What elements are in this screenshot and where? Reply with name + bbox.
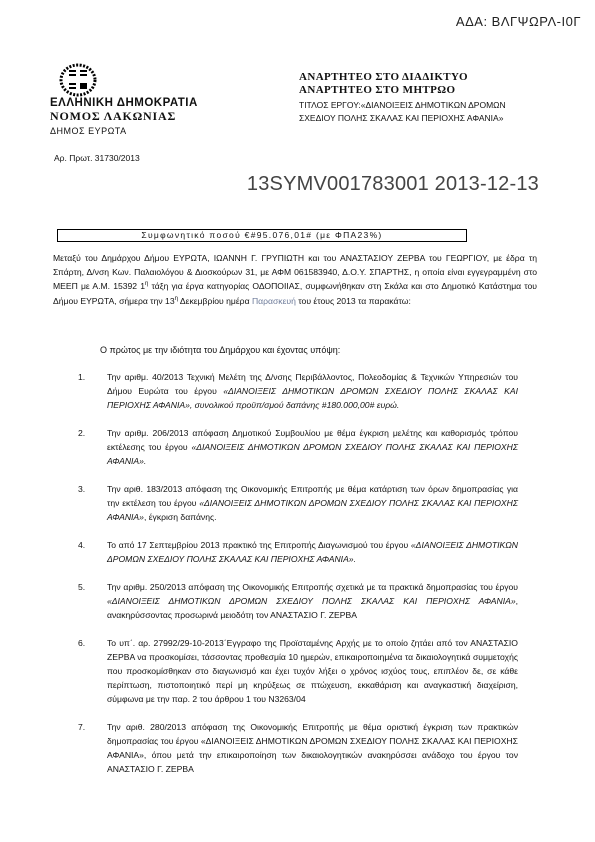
item-number: 2. [78,426,85,440]
intro-paragraph: Μεταξύ του Δημάρχου Δήμου ΕΥΡΩΤΑ, ΙΩΑΝΝΗ… [53,251,537,308]
item-text: Την αριθ. 280/2013 απόφαση της Οικονομικ… [107,722,518,774]
item-number: 7. [78,720,85,734]
list-item: 1.Την αριθμ. 40/2013 Τεχνική Μελέτη της … [78,370,518,412]
item-text: Το υπ΄. αρ. 27992/29-10-2013΄Εγγραφο της… [107,638,518,704]
lead-sentence: Ο πρώτος με την ιδιότητα του Δημάρχου κα… [100,345,340,355]
intro-text: του έτους 2013 τα παρακάτω: [296,296,411,306]
publish-registry-note: ΑΝΑΡΤΗΤΕΟ ΣΤΟ ΜΗΤΡΩΟ [299,84,529,97]
issuer-prefecture: ΝΟΜΟΣ ΛΑΚΩΝΙΑΣ [50,109,198,124]
list-item: 7.Την αριθ. 280/2013 απόφαση της Οικονομ… [78,720,518,776]
item-number: 3. [78,482,85,496]
list-item: 4.Το από 17 Σεπτεμβρίου 2013 πρακτικό τη… [78,538,518,566]
weekday-field: Παρασκευή [252,296,296,306]
considerations-list: 1.Την αριθμ. 40/2013 Τεχνική Μελέτη της … [78,370,518,790]
item-number: 1. [78,370,85,384]
list-item: 2.Την αριθμ. 206/2013 απόφαση Δημοτικού … [78,426,518,468]
item-text: , έγκριση δαπάνης. [144,512,217,522]
list-item: 3.Την αριθ. 183/2013 απόφαση της Οικονομ… [78,482,518,524]
issuer-municipality: ΔΗΜΟΣ ΕΥΡΩΤΑ [50,126,198,136]
list-item: 6.Το υπ΄. αρ. 27992/29-10-2013΄Εγγραφο τ… [78,636,518,706]
publish-internet-note: ΑΝΑΡΤΗΤΕΟ ΣΤΟ ΔΙΑΔΙΚΤΥΟ [299,71,529,84]
greek-emblem-icon [58,63,98,97]
list-item: 5.Την αριθμ. 250/2013 απόφαση της Οικονο… [78,580,518,622]
issuer-country: ΕΛΛΗΝΙΚΗ ΔΗΜΟΚΡΑΤΙΑ [50,97,198,109]
item-number: 5. [78,580,85,594]
item-number: 6. [78,636,85,650]
publication-block: ΑΝΑΡΤΗΤΕΟ ΣΤΟ ΔΙΑΔΙΚΤΥΟ ΑΝΑΡΤΗΤΕΟ ΣΤΟ ΜΗ… [299,71,529,125]
issuer-block: ΕΛΛΗΝΙΚΗ ΔΗΜΟΚΡΑΤΙΑ ΝΟΜΟΣ ΛΑΚΩΝΙΑΣ ΔΗΜΟΣ… [50,97,198,136]
contract-amount-box: Συμφωνητικό ποσού €#95.076,01# (με ΦΠΑ23… [57,229,467,242]
item-italic-text: «ΔΙΑΝΟΙΞΕΙΣ ΔΗΜΟΤΙΚΩΝ ΔΡΟΜΩΝ ΣΧΕΔΙΟΥ ΠΟΛ… [107,596,516,606]
project-title: ΤΙΤΛΟΣ ΕΡΓΟΥ:«ΔΙΑΝΟΙΞΕΙΣ ΔΗΜΟΤΙΚΩΝ ΔΡΟΜΩ… [299,99,529,125]
protocol-number: Αρ. Πρωτ. 31730/2013 [54,153,140,163]
item-text: Την αριθμ. 250/2013 απόφαση της Οικονομι… [107,582,518,592]
item-number: 4. [78,538,85,552]
item-text: Το από 17 Σεπτεμβρίου 2013 πρακτικό της … [107,540,411,550]
ada-code: ΑΔΑ: ΒΛΓΨΩΡΛ-Ι0Γ [456,14,581,29]
document-code: 13SYMV001783001 2013-12-13 [247,173,539,196]
intro-text: Δεκεμβρίου ημέρα [178,296,252,306]
